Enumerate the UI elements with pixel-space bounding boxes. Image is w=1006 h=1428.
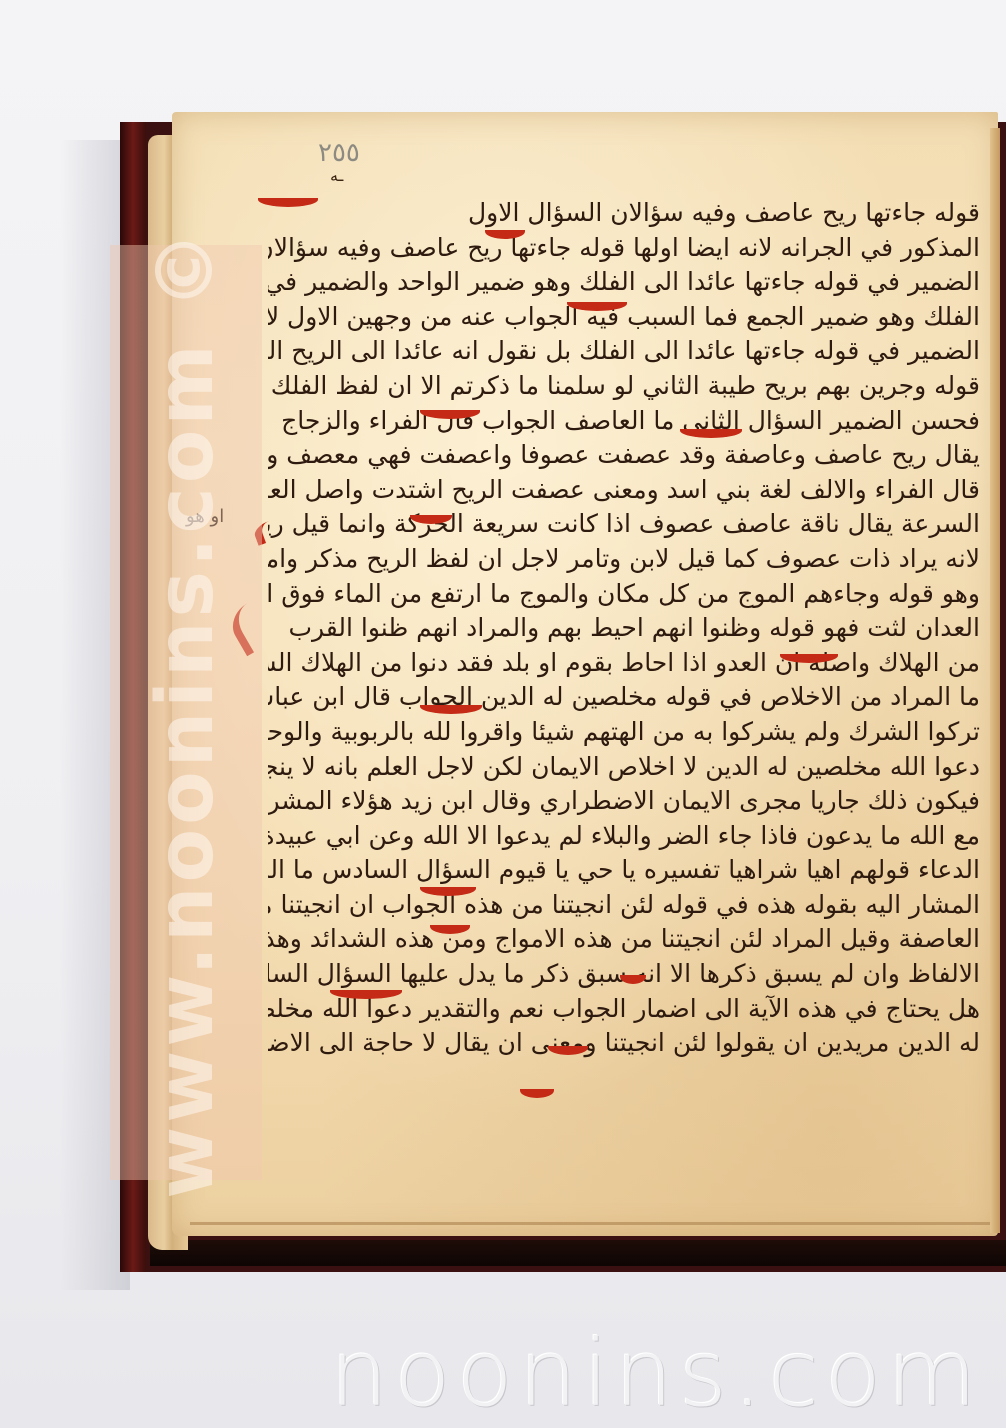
text-line: العاصفة وقيل المراد لئن انجيتنا من هذه ا… [268,922,980,957]
text-line: يقال ريح عاصف وعاصفة وقد عصفت عصوفا واعص… [268,438,980,473]
text-line: له الدين مريدين ان يقولوا لئن انجيتنا وم… [268,1026,980,1061]
text-line: قوله جاءتها ريح عاصف وفيه سؤالان السؤال … [268,196,980,231]
page-right-edge [990,128,1000,1233]
folio-number: ٢٥٥ [318,138,360,168]
text-line: قوله وجرين بهم بريح طيبة الثاني لو سلمنا… [268,369,980,404]
text-line: فحسن الضمير السؤال الثاني ما العاصف الجو… [268,404,980,439]
text-line: المشار اليه بقوله هذه في قوله لئن انجيتن… [268,888,980,923]
page-bottom-edge [190,1222,990,1225]
text-line: لانه يراد ذات عصوف كما قيل لابن وتامر لا… [268,542,980,577]
text-line: قال الفراء والالف لغة بني اسد ومعنى عصفت… [268,473,980,508]
text-line: الضمير في قوله جاءتها عائدا الى الفلك بل… [268,334,980,369]
text-line: وهو قوله وجاءهم الموج من كل مكان والموج … [268,577,980,612]
text-line: دعوا الله مخلصين له الدين لا اخلاص الايم… [268,750,980,785]
text-line: فيكون ذلك جاريا مجرى الايمان الاضطراري و… [268,784,980,819]
text-line: ما المراد من الاخلاص في قوله مخلصين له ا… [268,680,980,715]
text-line: المذكور في الجرانه لانه ايضا اولها قوله … [268,231,980,266]
text-line: السرعة يقال ناقة عاصف عصوف اذا كانت سريع… [268,507,980,542]
text-line: العدان لثت فهو قوله وظنوا انهم احيط بهم … [268,611,980,646]
top-catchword: ـه [330,166,343,185]
text-line: من الهلاك واصله ان العدو اذا احاط بقوم ا… [268,646,980,681]
text-line: الدعاء قولهم اهيا شراهيا تفسيره يا حي يا… [268,853,980,888]
manuscript-text-block: قوله جاءتها ريح عاصف وفيه سؤالان السؤال … [268,196,980,1061]
book-bottom-edge [150,1240,1006,1266]
text-line: تركوا الشرك ولم يشركوا به من الهتهم شيئا… [268,715,980,750]
vertical-watermark: www.noonins.com © [110,245,262,1180]
text-line: الضمير في قوله جاءتها عائدا الى الفلك وه… [268,265,980,300]
text-line: مع الله ما يدعون فاذا جاء الضر والبلاء ل… [268,819,980,854]
bottom-watermark: noonins.com [330,1320,983,1427]
vertical-watermark-text: www.noonins.com © [141,227,231,1199]
